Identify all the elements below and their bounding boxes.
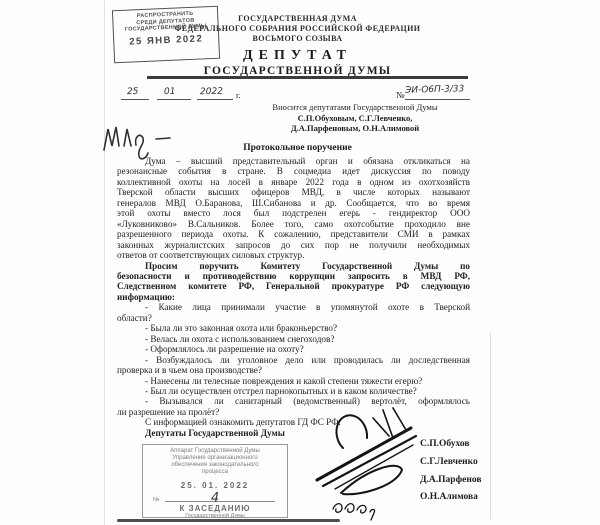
handwritten-registration-number: 4 [143, 491, 287, 506]
distribution-stamp: РАСПРОСТРАНИТЬ СРЕДИ ДЕПУТАТОВ ГОСУДАРСТ… [112, 6, 220, 64]
registration-stamp-line1: Аппарат Государственной Думы [143, 448, 287, 455]
body-line: генералов МВД О.Баранова, Ш.Сибанова и д… [117, 198, 470, 208]
number-sign: № [396, 90, 405, 100]
body-line: этой охоты вместо лося был подстрелен ег… [117, 208, 470, 218]
document-photo: ГОСУДАРСТВЕННАЯ ДУМА ФЕДЕРАЛЬНОГО СОБРАН… [0, 0, 600, 525]
number-underline [405, 99, 470, 100]
registration-stamp-line4: процесса [143, 469, 287, 476]
date-underline-day [121, 99, 149, 100]
body-line: проверка и в чьем она производстве? [117, 365, 470, 375]
signature-name: Д.А.Парфенов [420, 472, 530, 490]
signature-name: С.П.Обухов [420, 436, 530, 454]
date-underline-month [157, 99, 191, 100]
body-line: резонансные события в стране. В соцмедиа… [117, 166, 470, 176]
body-line: Следственном комитете РФ, Генеральной пр… [117, 281, 470, 291]
registration-stamp-date: 25. 01. 2022 [143, 481, 287, 490]
handwritten-year: 2022 [200, 87, 223, 97]
registration-stamp-purpose-sub: Государственной Думы [143, 513, 287, 519]
body-line: Просим поручить Комитету Государственной… [117, 261, 470, 271]
distribution-stamp-date: 25 ЯНВ 2022 [114, 32, 218, 48]
year-suffix: г. [236, 90, 241, 100]
body-line: законных журналистских запросов до сих п… [117, 240, 470, 250]
signature-name: С.Г.Левченко [420, 454, 530, 472]
body-line: «Луковниково» В.Сальников. Более того, с… [117, 219, 470, 229]
page-left-edge [104, 0, 105, 525]
submitted-by-caption: Вносится депутатами Государственной Думы [240, 102, 470, 113]
handwritten-month: 01 [164, 87, 176, 97]
body-line: - Была ли это законная охота или браконь… [117, 323, 470, 333]
submitted-by-block: Вносится депутатами Государственной Думы… [240, 102, 470, 134]
signature-name: О.Н.Алимова [420, 489, 530, 507]
body-line: области? [117, 313, 470, 323]
body-line: - Какие лица принимали участие в упомяну… [117, 302, 470, 312]
registration-stamp-line2: Управление организационного [143, 455, 287, 462]
letterhead-rule [147, 76, 468, 79]
registration-stamp: Аппарат Государственной Думы Управление … [142, 444, 288, 518]
submitted-by-names-line2: Д.А.Парфеновым, О.Н.Алимовой [240, 123, 470, 134]
registration-stamp-line3: обеспечения законодательного [143, 462, 287, 469]
handwritten-day: 25 [127, 87, 139, 97]
body-line: разрешенного периода охоты. К сожалению,… [117, 229, 470, 239]
handwritten-document-number: ЭИ-О6П-3/33 [405, 84, 465, 96]
document-title: Протокольное поручение [105, 143, 490, 153]
signature-names: С.П.ОбуховС.Г.ЛевченкоД.А.ПарфеновО.Н.Ал… [420, 436, 530, 507]
body-line: - Нанесены ли телесные повреждения и как… [117, 376, 470, 386]
submitted-by-names-line1: С.П.Обуховым, С.Г.Левченко, [240, 113, 470, 124]
body-line: Тверской области высших офицеров МВД, в … [117, 187, 470, 197]
body-line: - Был ли осуществлен отстрел парнокопытн… [117, 386, 470, 396]
body-line: информацию: [117, 292, 470, 302]
body-line: - Оформлялось ли разрешение на охоту? [117, 344, 470, 354]
registration-number-row: № 4 [143, 491, 287, 504]
body-line: коллективной охоты на лосей в январе 202… [117, 177, 470, 187]
date-underline-year [197, 99, 233, 100]
body-line: - Велась ли охота с использованием снего… [117, 334, 470, 344]
body-line: ответов от соответствующих силовых струк… [117, 250, 470, 260]
body-line: Дума – высший представительный орган и о… [117, 156, 470, 166]
body-line: безопасности и противодействию коррупции… [117, 271, 470, 281]
body-line: - Возбуждалось ли уголовное дело или про… [117, 355, 470, 365]
page-bottom-shadow [117, 519, 340, 522]
